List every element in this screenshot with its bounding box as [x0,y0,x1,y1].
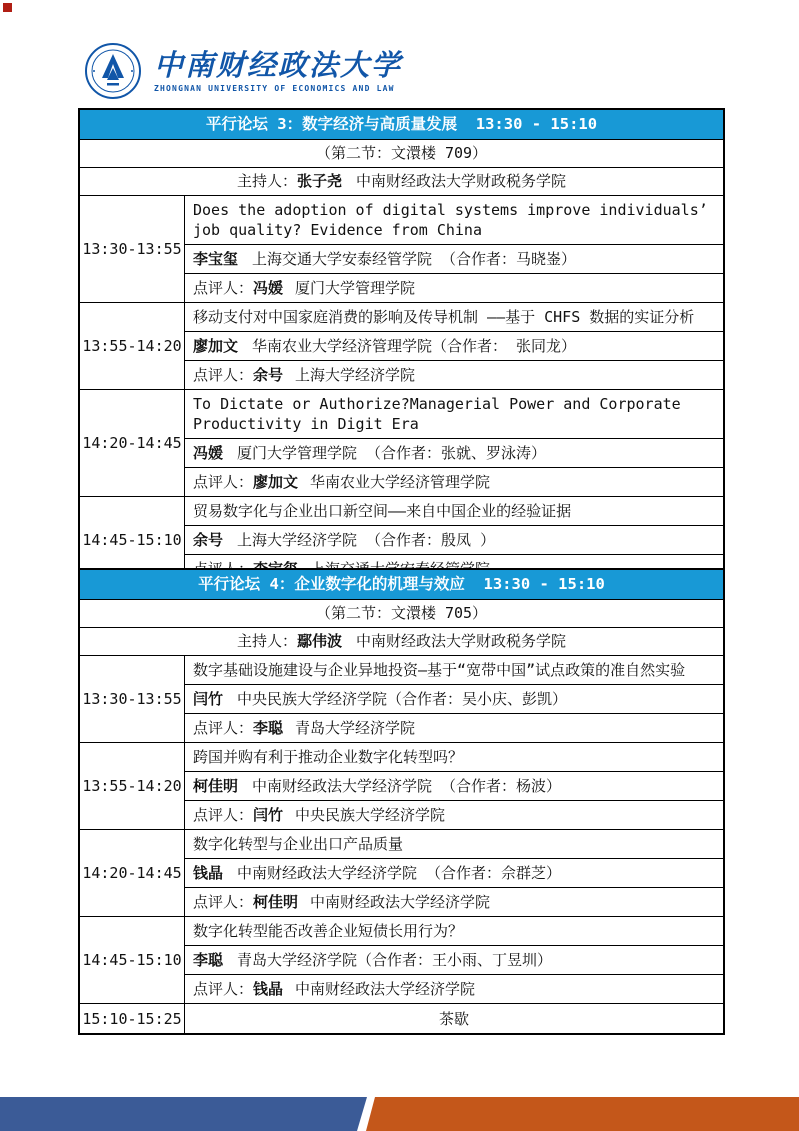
discussant-row: 点评人：李聪青岛大学经济学院 [185,713,723,742]
presenter-name: 冯媛 [193,444,223,462]
session-row: 14:20-14:45 To Dictate or Authorize?Mana… [80,389,723,496]
presenter-row: 廖加文华南农业大学经济管理学院（合作者： 张同龙） [185,331,723,360]
session-time: 13:30-13:55 [80,656,185,742]
paper-title: 跨国并购有利于推动企业数字化转型吗？ [185,743,723,771]
session-row: 13:30-13:55 数字基础设施建设与企业异地投资—基于“宽带中国”试点政策… [80,655,723,742]
tea-break-time: 15:10-15:25 [80,1004,185,1033]
discussant-affiliation: 上海大学经济学院 [295,366,415,384]
session-row: 14:20-14:45 数字化转型与企业出口产品质量 钱晶中南财经政法大学经济学… [80,829,723,916]
footer-blue-stripe [0,1097,367,1131]
footer-orange-stripe [366,1097,799,1131]
presenter-row: 李宝玺上海交通大学安泰经管学院 （合作者：马晓崟） [185,244,723,273]
presenter-name: 钱晶 [193,864,223,882]
discussant-prefix: 点评人： [193,279,253,297]
host-affiliation: 中南财经政法大学财政税务学院 [356,172,566,190]
presenter-row: 冯媛厦门大学管理学院 （合作者：张就、罗泳涛） [185,438,723,467]
discussant-name: 闫竹 [253,806,283,824]
presenter-row: 李聪青岛大学经济学院（合作者：王小雨、丁昱圳） [185,945,723,974]
discussant-prefix: 点评人： [193,806,253,824]
session-time: 13:55-14:20 [80,303,185,389]
forum-4-host-row: 主持人：鄢伟波中南财经政法大学财政税务学院 [80,627,723,655]
tea-break-label: 茶歇 [185,1004,723,1033]
presenter-row: 余号上海大学经济学院 （合作者：殷凤 ） [185,525,723,554]
paper-title: 移动支付对中国家庭消费的影响及传导机制 ——基于 CHFS 数据的实证分析 [185,303,723,331]
discussant-row: 点评人：闫竹中央民族大学经济学院 [185,800,723,829]
paper-title: 数字化转型能否改善企业短债长用行为？ [185,917,723,945]
discussant-name: 柯佳明 [253,893,298,911]
discussant-name: 冯媛 [253,279,283,297]
discussant-row: 点评人：余号上海大学经济学院 [185,360,723,389]
discussant-row: 点评人：冯媛厦门大学管理学院 [185,273,723,302]
presenter-row: 闫竹中央民族大学经济学院（合作者：吴小庆、彭凯） [185,684,723,713]
forum-3-title: 平行论坛 3：数字经济与高质量发展 13:30 - 15:10 [80,110,723,139]
discussant-name: 余号 [253,366,283,384]
presenter-affiliation: 青岛大学经济学院（合作者：王小雨、丁昱圳） [237,951,552,969]
session-time: 13:30-13:55 [80,196,185,302]
forum-3-table: 平行论坛 3：数字经济与高质量发展 13:30 - 15:10 （第二节：文澴楼… [78,108,725,615]
university-logo: 中南财经政法大学 ZHONGNAN UNIVERSITY OF ECONOMIC… [84,42,402,100]
forum-4-title: 平行论坛 4：企业数字化的机理与效应 13:30 - 15:10 [80,570,723,599]
discussant-prefix: 点评人： [193,719,253,737]
discussant-affiliation: 青岛大学经济学院 [295,719,415,737]
presenter-affiliation: 上海交通大学安泰经管学院 （合作者：马晓崟） [252,250,576,268]
discussant-row: 点评人：钱晶中南财经政法大学经济学院 [185,974,723,1003]
paper-title: 数字基础设施建设与企业异地投资—基于“宽带中国”试点政策的准自然实验 [185,656,723,684]
discussant-affiliation: 中央民族大学经济学院 [295,806,445,824]
host-prefix: 主持人： [237,632,297,650]
forum-3-location: （第二节：文澴楼 709） [80,139,723,167]
logo-text: 中南财经政法大学 ZHONGNAN UNIVERSITY OF ECONOMIC… [154,49,402,93]
session-time: 14:20-14:45 [80,390,185,496]
paper-title: 贸易数字化与企业出口新空间——来自中国企业的经验证据 [185,497,723,525]
university-name-en: ZHONGNAN UNIVERSITY OF ECONOMICS AND LAW [154,84,402,93]
tea-break-row: 15:10-15:25 茶歇 [80,1003,723,1033]
forum-4-location: （第二节：文澴楼 705） [80,599,723,627]
presenter-name: 李聪 [193,951,223,969]
discussant-row: 点评人：柯佳明中南财经政法大学经济学院 [185,887,723,916]
session-time: 14:45-15:10 [80,917,185,1003]
host-name: 张子尧 [297,172,342,190]
session-row: 14:45-15:10 数字化转型能否改善企业短债长用行为？ 李聪青岛大学经济学… [80,916,723,1003]
discussant-affiliation: 中南财经政法大学经济学院 [295,980,475,998]
presenter-affiliation: 中南财经政法大学经济学院 （合作者：杨波） [252,777,561,795]
paper-title: Does the adoption of digital systems imp… [185,196,723,244]
presenter-affiliation: 中南财经政法大学经济学院 （合作者：佘群芝） [237,864,561,882]
presenter-name: 闫竹 [193,690,223,708]
presenter-affiliation: 厦门大学管理学院 （合作者：张就、罗泳涛） [237,444,546,462]
discussant-row: 点评人：廖加文华南农业大学经济管理学院 [185,467,723,496]
corner-red-mark [3,3,12,12]
university-name-cn: 中南财经政法大学 [154,49,402,81]
forum-3-host-row: 主持人：张子尧中南财经政法大学财政税务学院 [80,167,723,195]
presenter-name: 余号 [193,531,223,549]
host-affiliation: 中南财经政法大学财政税务学院 [356,632,566,650]
session-row: 13:30-13:55 Does the adoption of digital… [80,195,723,302]
discussant-name: 廖加文 [253,473,298,491]
paper-title: To Dictate or Authorize?Managerial Power… [185,390,723,438]
discussant-prefix: 点评人： [193,366,253,384]
discussant-name: 李聪 [253,719,283,737]
presenter-affiliation: 华南农业大学经济管理学院（合作者： 张同龙） [252,337,576,355]
presenter-row: 钱晶中南财经政法大学经济学院 （合作者：佘群芝） [185,858,723,887]
discussant-affiliation: 中南财经政法大学经济学院 [310,893,490,911]
session-time: 13:55-14:20 [80,743,185,829]
session-row: 13:55-14:20 跨国并购有利于推动企业数字化转型吗？ 柯佳明中南财经政法… [80,742,723,829]
discussant-name: 钱晶 [253,980,283,998]
discussant-prefix: 点评人： [193,473,253,491]
discussant-prefix: 点评人： [193,980,253,998]
presenter-row: 柯佳明中南财经政法大学经济学院 （合作者：杨波） [185,771,723,800]
university-seal-icon [84,42,142,100]
presenter-name: 李宝玺 [193,250,238,268]
forum-4-table: 平行论坛 4：企业数字化的机理与效应 13:30 - 15:10 （第二节：文澴… [78,568,725,1035]
host-prefix: 主持人： [237,172,297,190]
presenter-name: 柯佳明 [193,777,238,795]
presenter-affiliation: 上海大学经济学院 （合作者：殷凤 ） [237,531,495,549]
discussant-affiliation: 厦门大学管理学院 [295,279,415,297]
discussant-affiliation: 华南农业大学经济管理学院 [310,473,490,491]
session-row: 13:55-14:20 移动支付对中国家庭消费的影响及传导机制 ——基于 CHF… [80,302,723,389]
presenter-affiliation: 中央民族大学经济学院（合作者：吴小庆、彭凯） [237,690,567,708]
session-time: 14:20-14:45 [80,830,185,916]
discussant-prefix: 点评人： [193,893,253,911]
presenter-name: 廖加文 [193,337,238,355]
footer-bar [0,1097,799,1131]
host-name: 鄢伟波 [297,632,342,650]
paper-title: 数字化转型与企业出口产品质量 [185,830,723,858]
